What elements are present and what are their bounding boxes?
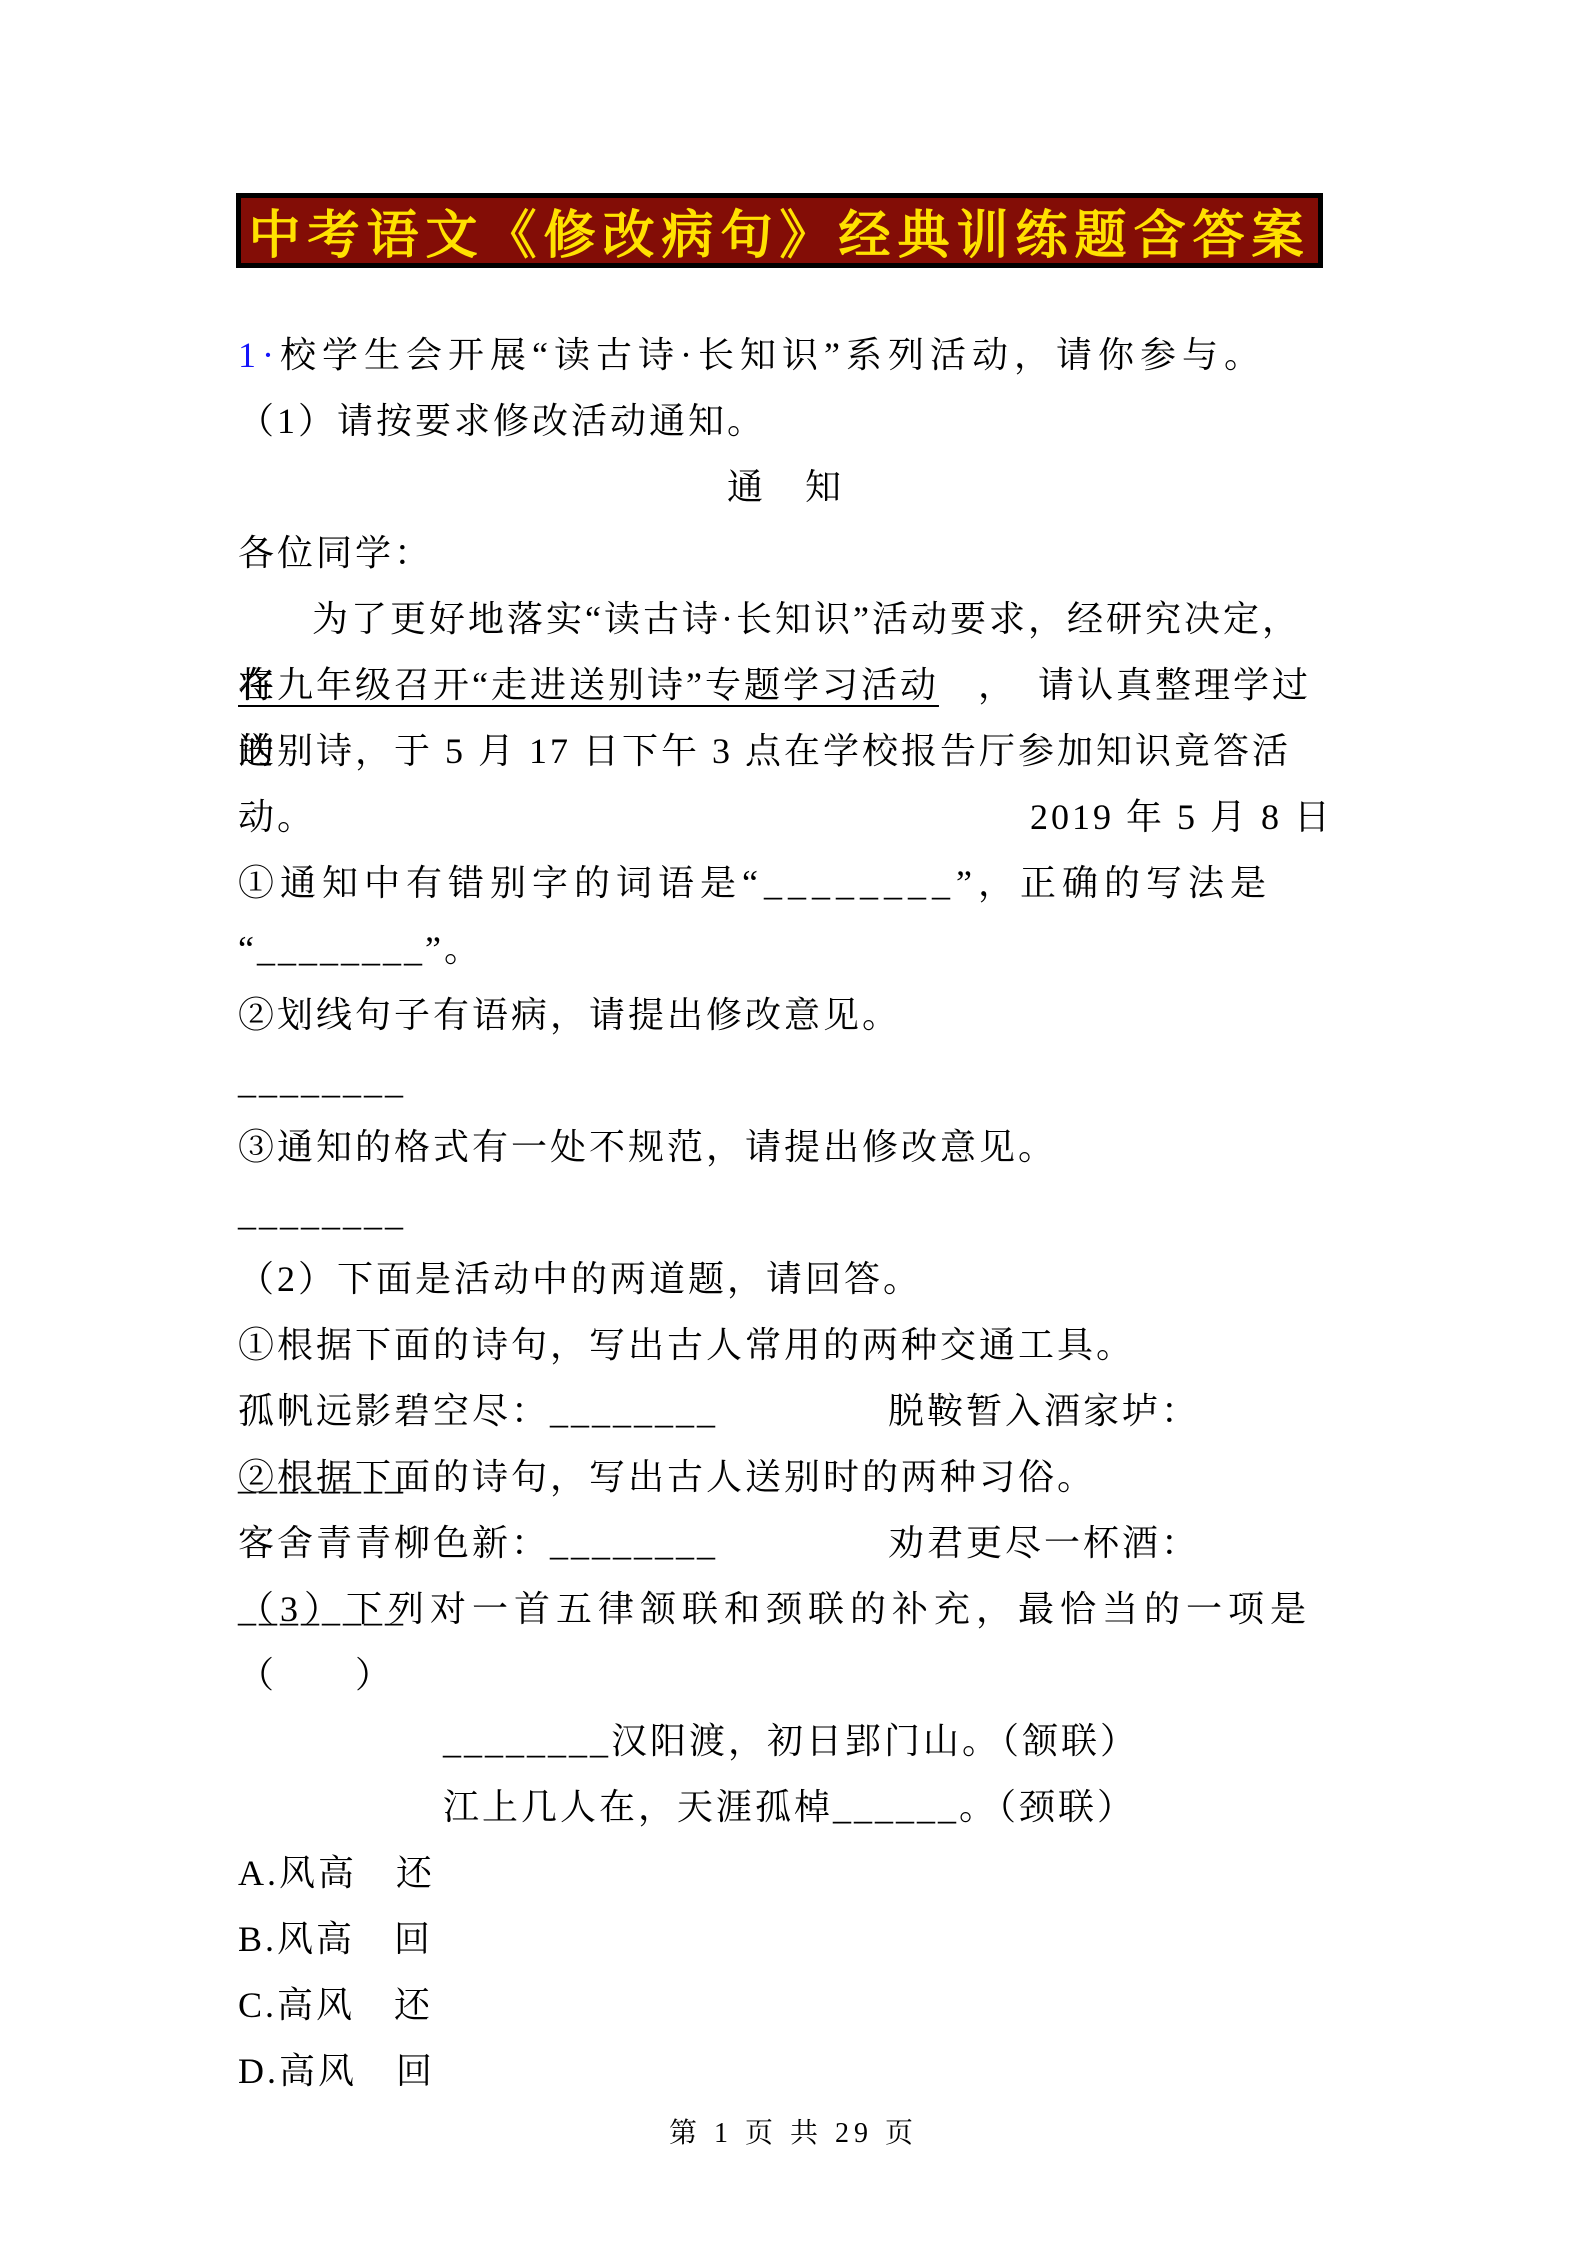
notice-body-line1: 为了更好地落实“读古诗·长知识”活动要求，经研究决定，将 bbox=[238, 586, 1333, 652]
answer-blank-correct-word: ________ bbox=[257, 929, 425, 969]
document-page: 中考语文《修改病句》经典训练题含答案 1·校学生会开展“读古诗·长知识”系列活动… bbox=[0, 0, 1587, 2245]
notice-salutation: 各位同学： bbox=[238, 520, 1333, 586]
option-b: B.风高 回 bbox=[238, 1906, 1333, 1972]
part3-heading: （3）下列对一首五律颔联和颈联的补充，最恰当的一项是 bbox=[238, 1576, 1333, 1642]
sub-question-1-text-post: ”，正确的写法是 bbox=[956, 863, 1272, 903]
sub-question-1-line2: “________”。 bbox=[238, 916, 1333, 982]
notice-underlined-phrase-rest: 在九年级召开“走进送别诗”专题学习活动 bbox=[238, 665, 939, 705]
question-1-number: 1· bbox=[238, 335, 280, 375]
title-banner: 中考语文《修改病句》经典训练题含答案 bbox=[236, 193, 1323, 268]
option-d: D.高风 回 bbox=[238, 2038, 1333, 2104]
option-a: A.风高 还 bbox=[238, 1840, 1333, 1906]
sub-question-1-line2-pre: “ bbox=[238, 929, 257, 969]
part2-sub1-answers: 孤帆远影碧空尽：________脱鞍暂入酒家垆：________ bbox=[238, 1378, 1333, 1444]
part1-heading: （1）请按要求修改活动通知。 bbox=[238, 388, 1333, 454]
poem-line-1: ________汉阳渡，初日郢门山。（颔联） bbox=[238, 1708, 1333, 1774]
page-footer: 第 1 页 共 29 页 bbox=[0, 2112, 1587, 2156]
poem-line-2: 江上几人在，天涯孤棹______。（颈联） bbox=[238, 1774, 1333, 1840]
part2-sub2-prompt: ②根据下面的诗句，写出古人送别时的两种习俗。 bbox=[238, 1444, 1333, 1510]
part2-sub2-answers: 客舍青青柳色新：________劝君更尽一杯酒：________ bbox=[238, 1510, 1333, 1576]
document-body: 1·校学生会开展“读古诗·长知识”系列活动，请你参与。 （1）请按要求修改活动通… bbox=[238, 322, 1333, 2104]
answer-blank-line-1: ________ bbox=[238, 1048, 1333, 1114]
notice-body-line2: 在九年级召开“走进送别诗”专题学习活动 ， 请认真整理学过的 bbox=[238, 652, 1333, 718]
sub-question-1-text-pre: ①通知中有错别字的词语是“ bbox=[238, 863, 764, 903]
sub-question-3: ③通知的格式有一处不规范，请提出修改意见。 bbox=[238, 1114, 1333, 1180]
question-1-intro-line: 1·校学生会开展“读古诗·长知识”系列活动，请你参与。 bbox=[238, 322, 1333, 388]
part3-answer-bracket: （ ） bbox=[238, 1642, 1333, 1708]
answer-blank-line-2: ________ bbox=[238, 1180, 1333, 1246]
notice-date: 2019 年 5 月 8 日 bbox=[238, 784, 1333, 850]
part2-sub1-answer-left: 孤帆远影碧空尽：________ bbox=[238, 1391, 718, 1431]
notice-body-line1-text: 为了更好地落实“读古诗·长知识”活动要求，经研究决定， bbox=[312, 599, 1301, 639]
page-title: 中考语文《修改病句》经典训练题含答案 bbox=[248, 193, 1310, 268]
part2-sub2-answer-left: 客舍青青柳色新：________ bbox=[238, 1523, 718, 1563]
sub-question-2: ②划线句子有语病，请提出修改意见。 bbox=[238, 982, 1333, 1048]
part2-sub1-prompt: ①根据下面的诗句，写出古人常用的两种交通工具。 bbox=[238, 1312, 1333, 1378]
sub-question-1-line2-post: ”。 bbox=[425, 929, 483, 969]
notice-title: 通 知 bbox=[238, 454, 1333, 520]
answer-blank-typo-word: ________ bbox=[764, 863, 956, 903]
notice-body-line3: 送别诗，于 5 月 17 日下午 3 点在学校报告厅参加知识竟答活动。 bbox=[238, 718, 1333, 784]
option-c: C.高风 还 bbox=[238, 1972, 1333, 2038]
question-1-intro-text: 校学生会开展“读古诗·长知识”系列活动，请你参与。 bbox=[280, 335, 1266, 375]
part2-heading: （2）下面是活动中的两道题，请回答。 bbox=[238, 1246, 1333, 1312]
sub-question-1-line1: ①通知中有错别字的词语是“________”，正确的写法是 bbox=[238, 850, 1333, 916]
